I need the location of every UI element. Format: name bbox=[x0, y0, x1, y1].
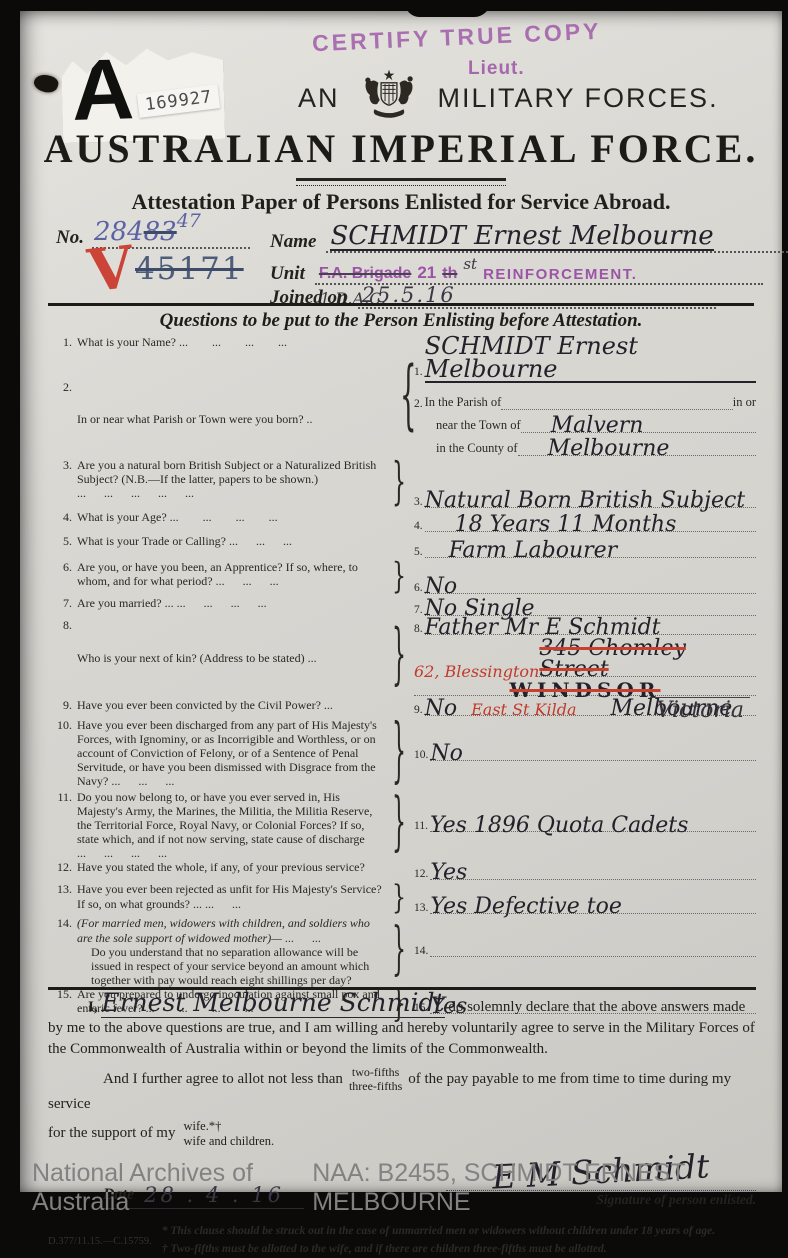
attestation-paper: CERTIFY TRUE COPY Lieut. AN MILITARY FOR… bbox=[20, 11, 782, 1192]
q11-brace: } bbox=[392, 787, 404, 862]
a3-num: 3. bbox=[414, 496, 423, 508]
a9-num: 9. bbox=[414, 704, 423, 716]
questions-answers: 1. What is your Name? ... ... ... ... 1.… bbox=[48, 335, 756, 1025]
a13-num: 13. bbox=[414, 902, 428, 914]
answer-12: Yes bbox=[430, 863, 467, 884]
question-3: Are you a natural born British Subject o… bbox=[77, 458, 376, 486]
answer-11: Yes 1896 Quota Cadets bbox=[430, 816, 688, 837]
q6-num: 6. bbox=[48, 560, 72, 596]
page-title: AUSTRALIAN IMPERIAL FORCE. bbox=[20, 125, 782, 172]
watermark-left: National Archives of Australia bbox=[32, 1159, 312, 1200]
qa-row-14: 14. (For married men, widowers with chil… bbox=[48, 916, 756, 987]
q2-leaders: .. bbox=[307, 412, 313, 426]
county-label: in the County of bbox=[436, 441, 518, 456]
service-number-struck: 83 bbox=[144, 217, 177, 247]
qa-row-5: 5. What is your Trade or Calling? ... ..… bbox=[48, 534, 756, 560]
a8-num: 8. bbox=[414, 623, 423, 635]
a7-num: 7. bbox=[414, 604, 423, 616]
q3-leaders: ... ... ... ... ... bbox=[77, 486, 194, 500]
q9-num: 9. bbox=[48, 698, 72, 718]
question-4: What is your Age? bbox=[77, 510, 167, 524]
unit-ordinal-struck: th bbox=[442, 265, 457, 283]
q8-num: 8. bbox=[48, 618, 72, 698]
unit-ordinal-inserted: st bbox=[463, 255, 477, 273]
answer-13: Yes Defective toe bbox=[430, 897, 621, 918]
q3-brace: } bbox=[392, 454, 404, 514]
page-subtitle: Attestation Paper of Persons Enlisted fo… bbox=[20, 189, 782, 215]
q13-num: 13. bbox=[48, 882, 72, 916]
support-option-wife-children: wife and children. bbox=[183, 1134, 274, 1149]
archive-watermark: National Archives of Australia NAA: B245… bbox=[32, 1159, 778, 1200]
q7-leaders: ... ... ... ... bbox=[177, 596, 267, 610]
answer-10: No bbox=[430, 744, 463, 765]
qa-row-3: 3. Are you a natural born British Subjec… bbox=[48, 458, 756, 510]
answer-4: 18 Years 11 Months bbox=[455, 515, 677, 536]
q14-num: 14. bbox=[48, 916, 72, 987]
name-value: SCHMIDT Ernest Melbourne bbox=[330, 223, 713, 251]
q6-leaders: ... ... ... bbox=[216, 574, 279, 588]
a4-num: 4. bbox=[414, 520, 423, 532]
q12-num: 12. bbox=[48, 860, 72, 882]
answer-1: SCHMIDT Ernest Melbourne bbox=[425, 335, 756, 383]
fraction-top: two-fifths bbox=[349, 1066, 402, 1080]
military-forces-text: MILITARY FORCES. bbox=[438, 83, 719, 114]
q2-num: 2. bbox=[48, 380, 72, 458]
unit-row: Unit F.A. Brigade 21thst REINFORCEMENT. bbox=[270, 263, 763, 285]
coat-of-arms-icon bbox=[356, 67, 422, 129]
australian-word-fragment: AN bbox=[298, 83, 340, 114]
a6-num: 6. bbox=[414, 582, 423, 594]
qa-row-8: 8. Who is your next of kin? (Address to … bbox=[48, 618, 756, 698]
q7-num: 7. bbox=[48, 596, 72, 618]
service-number-inserted: 47 bbox=[177, 210, 201, 232]
answer-3: Natural Born British Subject bbox=[425, 491, 746, 512]
support-option-wife: wife.*† bbox=[183, 1119, 274, 1134]
question-14: Do you understand that no separation all… bbox=[77, 945, 387, 987]
q1-leaders: ... ... ... ... bbox=[179, 335, 287, 349]
qa-row-10: 10. Have you ever been discharged from a… bbox=[48, 718, 756, 790]
answer-2-county: Melbourne bbox=[548, 439, 670, 460]
answer-2-brace: { bbox=[400, 353, 417, 440]
answer-6: No bbox=[425, 577, 458, 598]
answer-5: Farm Labourer bbox=[449, 541, 618, 562]
section-rule bbox=[48, 303, 754, 306]
q10-leaders: ... ... ... bbox=[111, 774, 174, 788]
previous-number-struck: 45171 bbox=[135, 251, 244, 287]
answer-9-state: Victoria bbox=[650, 697, 750, 723]
paper-tear bbox=[405, 0, 491, 17]
q3-num: 3. bbox=[48, 458, 72, 510]
town-label: near the Town of bbox=[436, 418, 521, 433]
a5-num: 5. bbox=[414, 546, 423, 558]
q6-brace: } bbox=[392, 557, 404, 599]
question-8: Who is your next of kin? (Address to be … bbox=[77, 651, 305, 665]
q13-leaders: ... ... bbox=[205, 897, 241, 911]
q5-leaders: ... ... ... bbox=[229, 534, 292, 548]
question-5: What is your Trade or Calling? bbox=[77, 534, 226, 548]
title-rule bbox=[296, 178, 506, 186]
name-label: Name bbox=[270, 231, 316, 253]
a12-num: 12. bbox=[414, 868, 428, 880]
qa-row-13: 13. Have you ever been rejected as unfit… bbox=[48, 882, 756, 916]
q4-num: 4. bbox=[48, 510, 72, 534]
question-14-italic: (For married men, widowers with children… bbox=[77, 916, 370, 944]
name-row: Name SCHMIDT Ernest Melbourne bbox=[270, 223, 788, 253]
q14-brace: } bbox=[392, 918, 404, 985]
q5-num: 5. bbox=[48, 534, 72, 560]
unit-number: 21 bbox=[417, 263, 436, 283]
a10-num: 10. bbox=[414, 749, 428, 761]
parish-label: In the Parish of bbox=[425, 395, 502, 410]
support-pre: for the support of my bbox=[48, 1123, 175, 1144]
declaration-name: Ernest Melbourne Schmidt bbox=[101, 988, 444, 1018]
declaration-i: I, bbox=[88, 999, 98, 1015]
military-forces-line: AN MILITARY FORCES. bbox=[298, 67, 719, 129]
qa-row-11: 11. Do you now belong to, or have you ev… bbox=[48, 790, 756, 861]
question-12: Have you stated the whole, if any, of yo… bbox=[77, 860, 365, 874]
paper-hole bbox=[32, 72, 60, 96]
answer-9: No bbox=[425, 699, 458, 720]
a14-num: 14. bbox=[414, 945, 428, 957]
q4-leaders: ... ... ... ... bbox=[170, 510, 278, 524]
previous-number-row: V 45171 bbox=[88, 246, 244, 292]
sticker-letter: A bbox=[71, 49, 135, 132]
a11-num: 11. bbox=[414, 820, 428, 832]
question-11: Do you now belong to, or have you ever s… bbox=[77, 790, 372, 846]
q1-num: 1. bbox=[48, 335, 72, 380]
answer-2-town: Malvern bbox=[551, 416, 644, 437]
red-check-mark: V bbox=[86, 244, 136, 295]
q10-num: 10. bbox=[48, 718, 72, 790]
question-9: Have you ever been convicted by the Civi… bbox=[77, 698, 321, 712]
answer-9-red-suburb: East St Kilda bbox=[471, 700, 576, 719]
answer-8-street-struck: 345 Chomley Street bbox=[539, 639, 756, 681]
unit-struck: F.A. Brigade bbox=[319, 265, 411, 283]
question-2: In or near what Parish or Town were you … bbox=[77, 412, 304, 426]
questions-header: Questions to be put to the Person Enlist… bbox=[20, 310, 782, 332]
fraction-bottom: three-fifths bbox=[349, 1080, 402, 1094]
q8-leaders: ... bbox=[308, 651, 317, 665]
q13-brace: } bbox=[392, 880, 404, 919]
in-or-label: in or bbox=[733, 395, 756, 410]
question-7: Are you married? ... bbox=[77, 596, 174, 610]
certify-true-copy-stamp: CERTIFY TRUE COPY bbox=[312, 18, 602, 58]
q10-brace: } bbox=[392, 712, 404, 795]
unit-label: Unit bbox=[270, 263, 305, 285]
no-label: No. bbox=[56, 227, 84, 249]
question-1: What is your Name? bbox=[77, 335, 176, 349]
q8-brace: } bbox=[392, 619, 404, 697]
watermark-right: NAA: B2455, SCHMIDT ERNEST MELBOURNE bbox=[312, 1159, 778, 1200]
qa-row-6: 6. Are you, or have you been, an Apprent… bbox=[48, 560, 756, 596]
qa-row-2: 2. In or near what Parish or Town were y… bbox=[48, 380, 756, 458]
q11-num: 11. bbox=[48, 790, 72, 861]
q14-leaders: ... ... bbox=[285, 931, 321, 945]
q11-leaders: ... ... ... ... bbox=[77, 846, 167, 860]
allot-pre: And I further agree to allot not less th… bbox=[103, 1071, 343, 1087]
q9-leaders: ... bbox=[324, 698, 333, 712]
reinforcement-stamp: REINFORCEMENT. bbox=[483, 266, 637, 283]
